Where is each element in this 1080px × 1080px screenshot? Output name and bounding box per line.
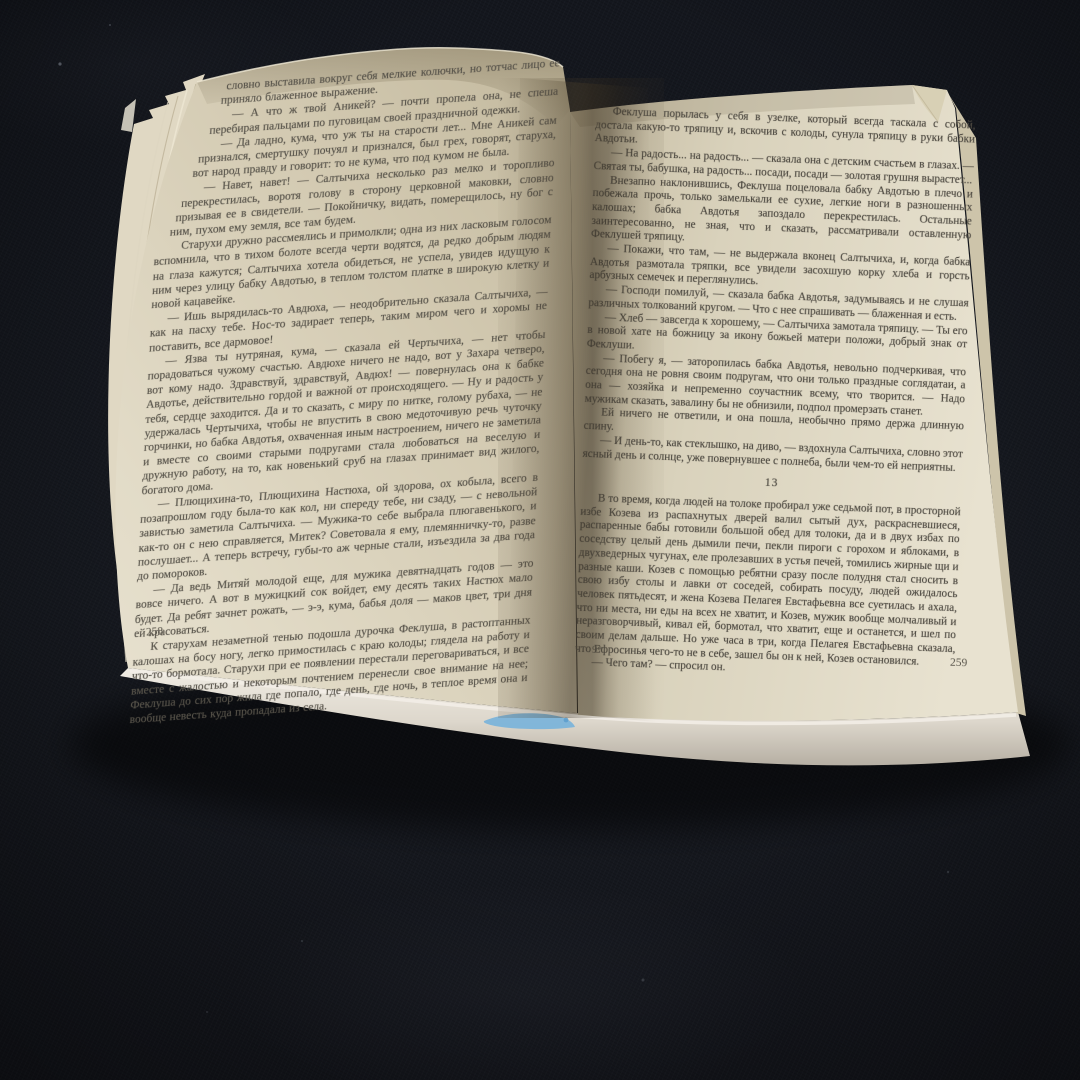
right-page-number: 259 bbox=[950, 657, 968, 670]
paragraph: — Язва ты нутряная, кума, — сказала ей Ч… bbox=[141, 328, 546, 499]
photo-stage: словно выставила вокруг себя мелкие колю… bbox=[0, 0, 1080, 1080]
paragraph: В то время, когда людей на толоке пробир… bbox=[575, 492, 961, 671]
signature-mark: 9* bbox=[592, 645, 603, 656]
right-page-text: Феклуша порылась у себя в узелке, которы… bbox=[572, 105, 976, 739]
left-page-number: 258 bbox=[146, 625, 164, 638]
left-page-text: словно выставила вокруг себя мелкие колю… bbox=[131, 56, 560, 687]
